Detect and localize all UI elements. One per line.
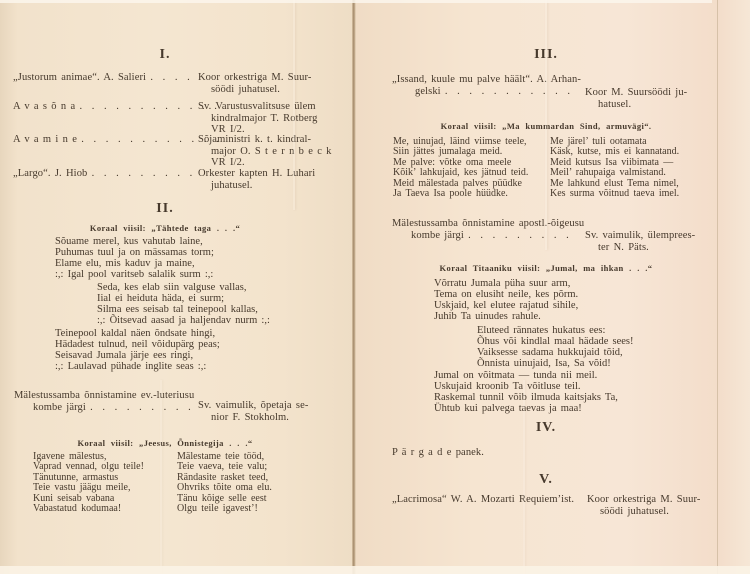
text-line: ter N. Päts. (585, 242, 695, 254)
item-label-text: „Largo“. J. Hiob (13, 168, 87, 179)
item-result: Sv. vaimulik, õpetaja se-nior F. Stokhol… (198, 400, 308, 423)
text-line: Sv. Varustusvalitsuse ülem (198, 101, 318, 113)
chorale-caption: Koraal viisil: „Tähtede taga . . .“ (0, 223, 330, 233)
text-line: Jumal on võitmata — tunda nii meil. (434, 370, 618, 381)
dot-leader: . . . . . . . . . . . (445, 86, 571, 97)
paper-crease (523, 380, 525, 574)
hymn-column-right: Me järel’ tuli ootamataKäsk, kutse, mis … (550, 137, 679, 199)
text-line: major O. S t e r n b e c k (198, 146, 332, 158)
item-label: „Lacrimosa“ W. A. Mozarti Requiem’ist. (392, 494, 574, 506)
text-line: :,: Õitsevad aasad ja haljendav nurm :,: (97, 315, 270, 326)
text-line: Vabastatud kodumaa! (33, 504, 144, 514)
item-label-text: gelski (415, 86, 441, 97)
text-line: Tema on elusiht neile, kes põrm. (434, 289, 578, 300)
item-label-continued: gelski . . . . . . . . . . . (415, 86, 571, 98)
section-heading-5: V. (356, 472, 736, 488)
text-line: Juhib Ta uinudes rahule. (434, 311, 578, 322)
page-fold-shadow (352, 0, 356, 574)
text-line: Teinepool kaldal näen õndsate hingi, (55, 328, 220, 339)
text-line: Eluteed rännates hukatus ees: (477, 325, 634, 336)
text-line: Uskjaid, kel elutee rajatud sihile, (434, 300, 578, 311)
verse: Seda, kes elab siin valguse vallas,Iial … (97, 282, 270, 326)
text-line: :,: Igal pool varitseb salalik surm :,: (55, 269, 214, 280)
text-line: Seda, kes elab siin valguse vallas, (97, 282, 270, 293)
chorale-caption: Koraal viisil: „Jeesus, Õnnistegija . . … (0, 438, 330, 448)
text-line: Vaiksesse sadama hukkujaid tõid, (477, 347, 634, 358)
text-line: Kes surma võitnud taeva imel. (550, 189, 679, 199)
dot-leader: . . . . . . . . . (90, 402, 192, 413)
text-line: Õnnista uinujaid, Isa, Sa võid! (477, 358, 634, 369)
text-line: Uskujaid kroonib Ta võitluse teil. (434, 381, 618, 392)
text-line: juhatusel. (198, 180, 315, 192)
right-page: III. „Issand, kuule mu palve häält“. A. … (356, 0, 750, 574)
item-label: A v a m i n e . . . . . . . . . . . . (13, 134, 220, 146)
text-line: Koor M. Suursöödi ju- (585, 87, 687, 99)
text-line: Võrratu Jumala püha suur arm, (434, 278, 578, 289)
text-line: hatusel. (585, 99, 687, 111)
text-line: :,: Laulavad pühade inglite seas :,: (55, 361, 220, 372)
item-label: Mälestussamba õnnistamine apostl.-õigeus… (392, 218, 584, 230)
text-line: Olgu teile igavest’! (177, 504, 272, 514)
section-heading-1: I. (0, 47, 330, 63)
section-heading-2: II. (0, 201, 330, 217)
text-line: Puhumas tuul ja on mässamas torm; (55, 247, 214, 258)
paper-crease (545, 0, 547, 250)
section-heading-4: IV. (356, 420, 736, 436)
item-result: Koor M. Suursöödi ju-hatusel. (585, 87, 687, 110)
item-label-continued: kombe järgi . . . . . . . . . (33, 402, 192, 414)
text-line: Elame elu, mis kaduv ja maine, (55, 258, 214, 269)
inner-sheet-edge (717, 0, 718, 574)
item-label: „Largo“. J. Hiob . . . . . . . . . (13, 168, 193, 180)
dot-leader: . . . . (150, 72, 190, 83)
item-result: Sv. Varustusvalitsuse ülemkindralmajor T… (198, 101, 318, 136)
left-page: I. „Justorum animae“. A. Salieri . . . .… (0, 0, 353, 574)
verse: Jumal on võitmata — tunda nii meil.Uskuj… (434, 370, 618, 414)
verse: Võrratu Jumala püha suur arm,Tema on elu… (434, 278, 578, 322)
item-label: A v a s õ n a . . . . . . . . . . . . (13, 101, 218, 113)
item-label: Mälestussamba õnnistamine ev.-luteriusu (14, 390, 194, 402)
text-line: Sõjaministri k. t. kindral- (198, 134, 332, 146)
item-result: Sv. vaimulik, ülemprees-ter N. Päts. (585, 230, 695, 253)
chorale-caption: Koraal Titaaniku viisil: „Jumal, ma ihka… (356, 263, 736, 273)
dot-leader: . . . . . . . . . (92, 168, 194, 179)
hymn-column-right: Mälestame teie tööd,Teie vaeva, teie val… (177, 452, 272, 514)
text-line: Ja Taeva Isa poole hüüdke. (393, 189, 528, 199)
item-label-text: kombe järgi (33, 402, 86, 413)
text-line: Ühtub kui palvega taevas ja maa! (434, 403, 618, 414)
text-line: Õhus või kindlal maal hädade sees! (477, 336, 634, 347)
hymn-column-left: Me, uinujad, läind viimse teele,Siin jät… (393, 137, 528, 199)
text-line: nior F. Stokholm. (198, 412, 308, 424)
item-label-text: kombe järgi (411, 230, 464, 241)
text-line: Sv. vaimulik, õpetaja se- (198, 400, 308, 412)
text-line: Silma ees seisab tal teinepool kallas, (97, 304, 270, 315)
item-label: „Issand, kuule mu palve häält“. A. Arhan… (392, 74, 581, 86)
scan-edge-top (0, 0, 712, 3)
text-line: Sv. vaimulik, ülemprees- (585, 230, 695, 242)
item-label-text: „Justorum animae“. A. Salieri (13, 72, 146, 83)
item-label-text: A v a s õ n a (13, 101, 75, 112)
paper-crease (160, 380, 162, 574)
item-result: Sõjaministri k. t. kindral-major O. S t … (198, 134, 332, 169)
paper-crease (293, 0, 295, 210)
text-line: Seisavad Jumala järje ees ringi, (55, 350, 220, 361)
verse: Teinepool kaldal näen õndsate hingi,Häda… (55, 328, 220, 372)
wreath-laying-line: P ä r g a d e panek. (392, 447, 484, 459)
verse: Eluteed rännates hukatus ees:Õhus või ki… (477, 325, 634, 369)
text-line: Raskemal tunnil võib ilmuda kaitsjaks Ta… (434, 392, 618, 403)
text-line: Hädadest tulnud, neil võidupärg peas; (55, 339, 220, 350)
text-line: kindralmajor T. Rotberg (198, 113, 318, 125)
text-line: Sõuame merel, kus vahutab laine, (55, 236, 214, 247)
text-line: Iial ei heiduta häda, ei surm; (97, 293, 270, 304)
hymn-column-left: Igavene mälestus,Vaprad vennad, olgu tei… (33, 452, 144, 514)
item-label-text: A v a m i n e (13, 134, 77, 145)
scan-edge-bottom (0, 566, 750, 574)
item-result: Orkester kapten H. Luharijuhatusel. (198, 168, 315, 191)
dot-leader: . . . . . . . . . (468, 230, 570, 241)
text-line: Koor orkestriga M. Suur- (587, 494, 700, 506)
item-result: Koor orkestriga M. Suur-söödi juhatusel. (587, 494, 700, 517)
text-line: VR I/2. (198, 157, 332, 169)
item-label: „Justorum animae“. A. Salieri . . . . (13, 72, 191, 84)
scanned-program-booklet: I. „Justorum animae“. A. Salieri . . . .… (0, 0, 750, 574)
text-line: söödi juhatusel. (587, 506, 700, 518)
text-line: Orkester kapten H. Luhari (198, 168, 315, 180)
verse: Sõuame merel, kus vahutab laine,Puhumas … (55, 236, 214, 280)
